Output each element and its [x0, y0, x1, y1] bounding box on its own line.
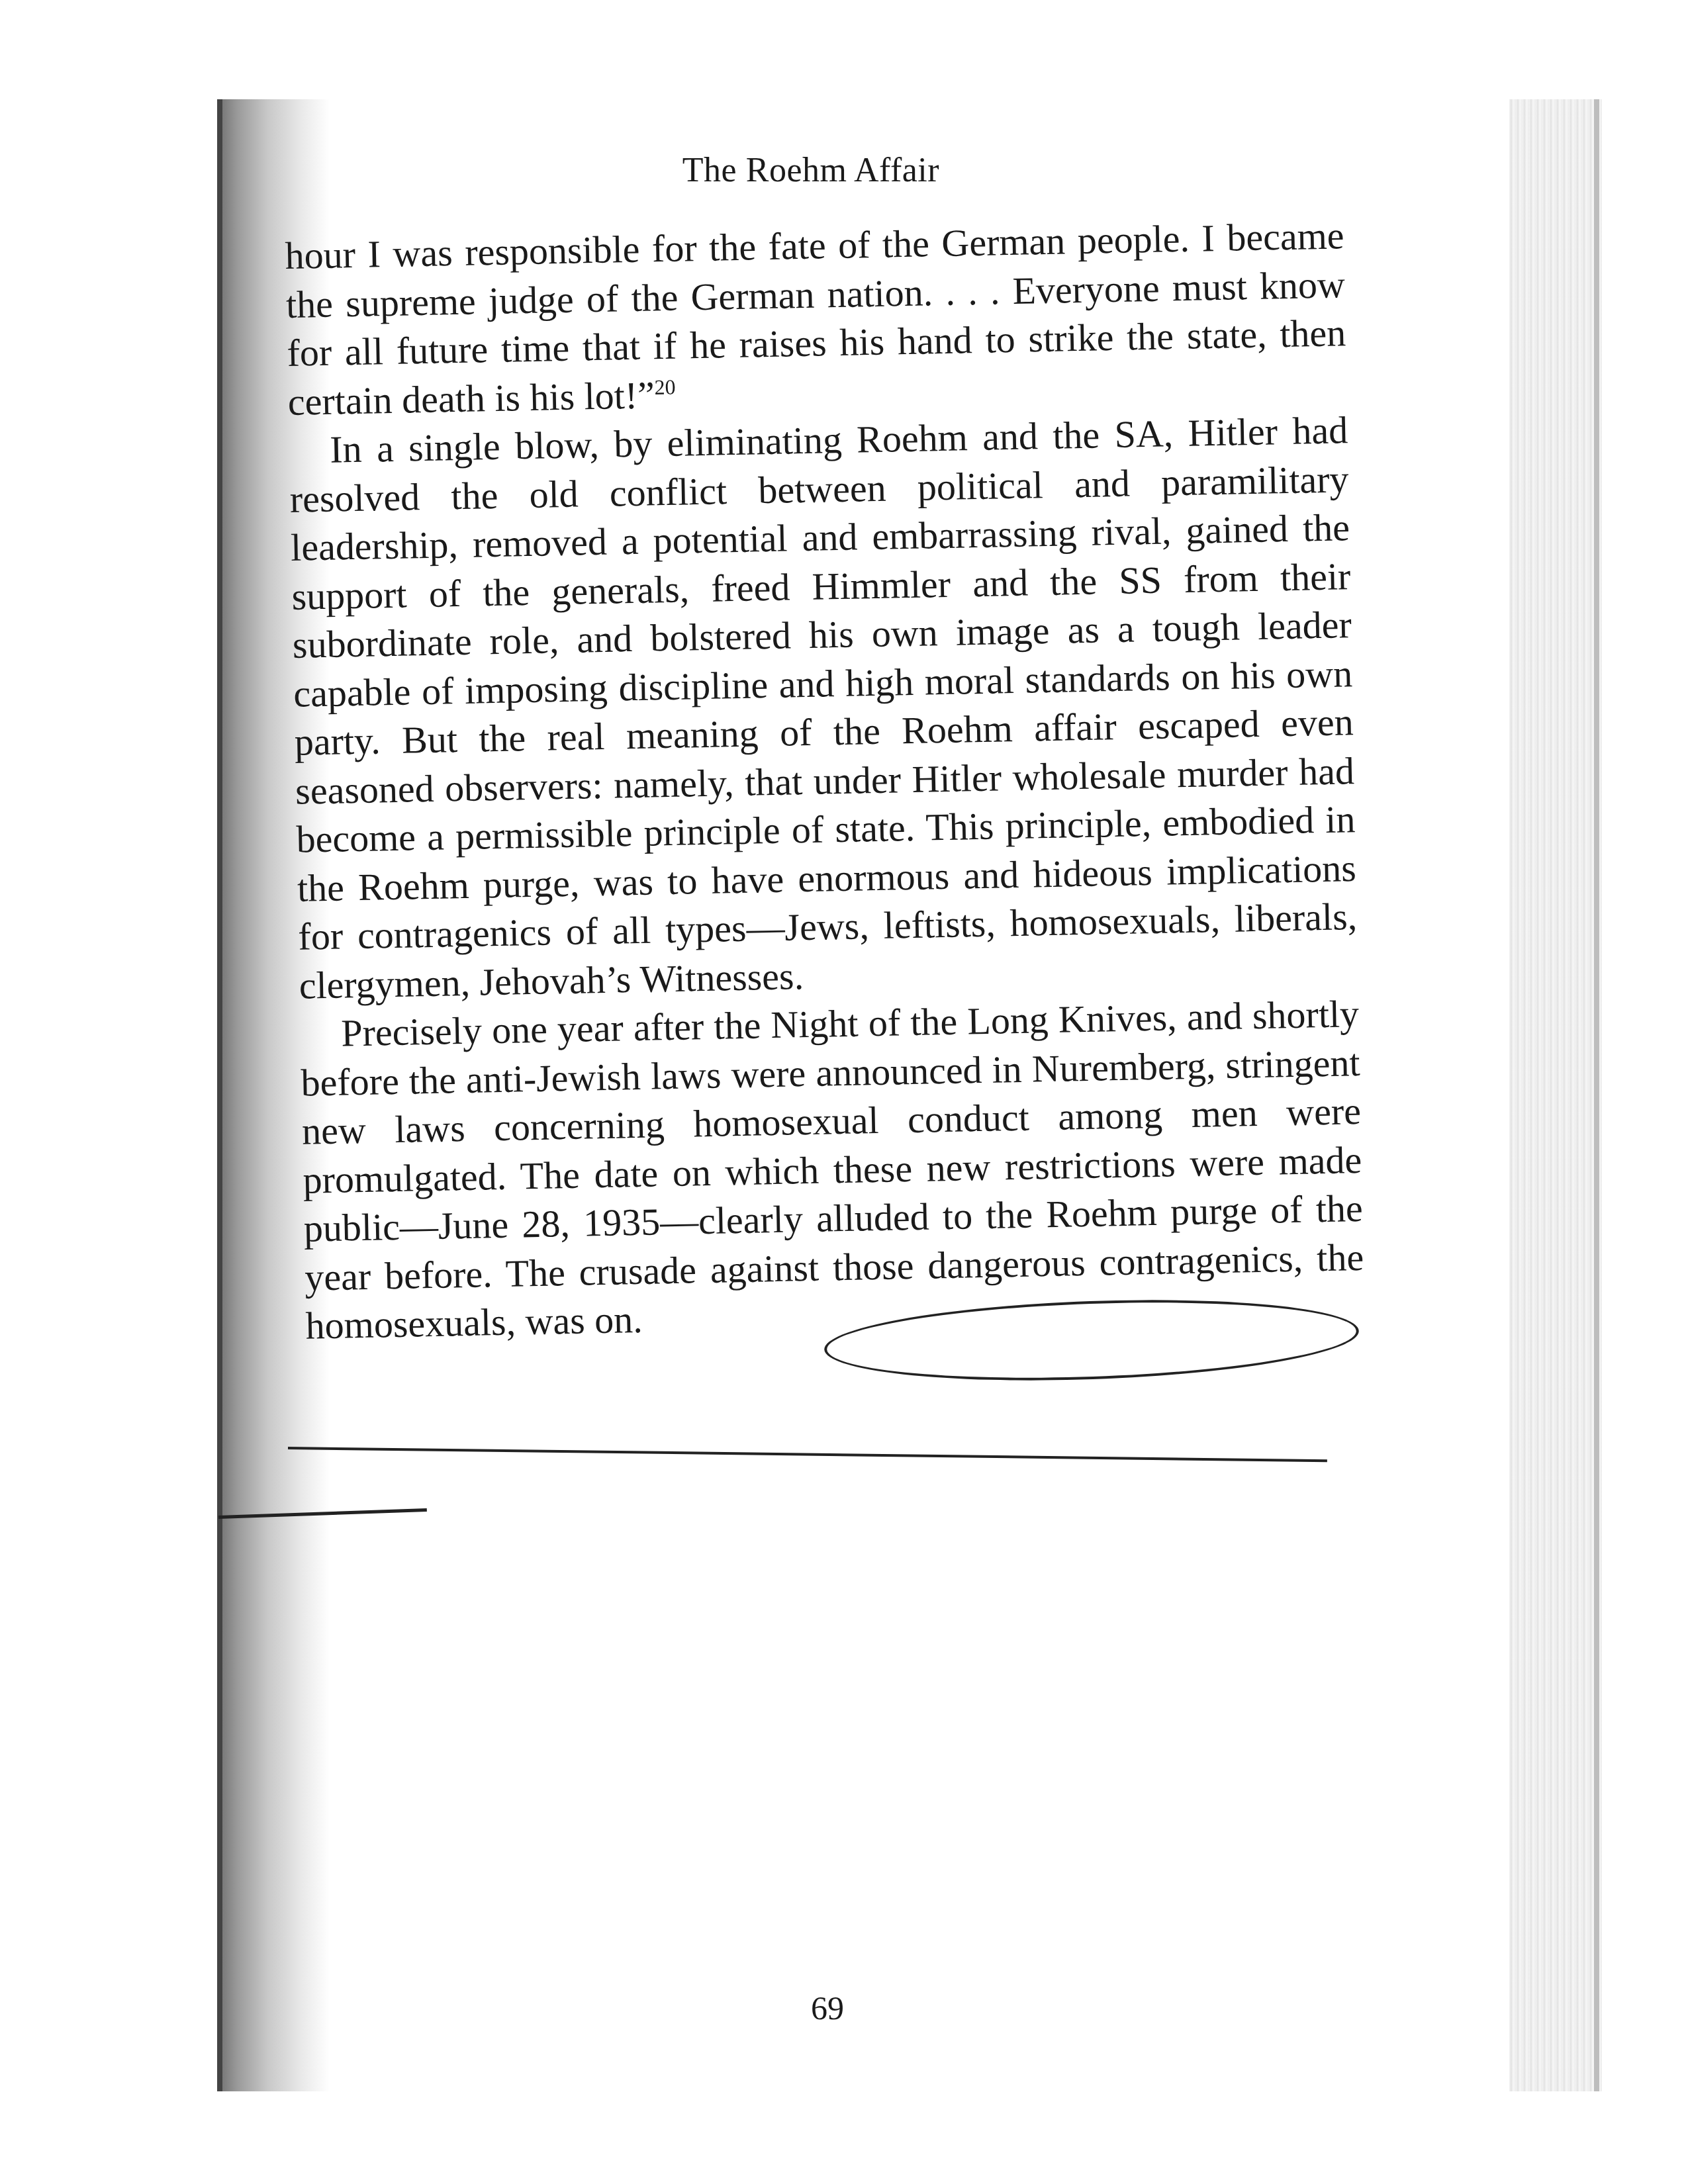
scan-edge-left	[217, 99, 222, 2091]
scan-edge-right	[1594, 99, 1599, 2091]
paragraph-3: Precisely one year after the Night of th…	[300, 989, 1366, 1350]
page-number: 69	[0, 1989, 1655, 2027]
scan-page-edges-right	[1509, 99, 1602, 2091]
paragraph-1: hour I was responsible for the fate of t…	[285, 211, 1347, 426]
running-head: The Roehm Affair	[0, 151, 1622, 190]
handwritten-underline-annotation	[288, 1447, 1327, 1462]
paragraph-2: In a single blow, by eliminating Roehm a…	[289, 406, 1359, 1010]
paragraph-1-text: hour I was responsible for the fate of t…	[285, 214, 1346, 423]
footnote-ref: 20	[654, 375, 676, 399]
body-text: hour I was responsible for the fate of t…	[285, 211, 1365, 1350]
